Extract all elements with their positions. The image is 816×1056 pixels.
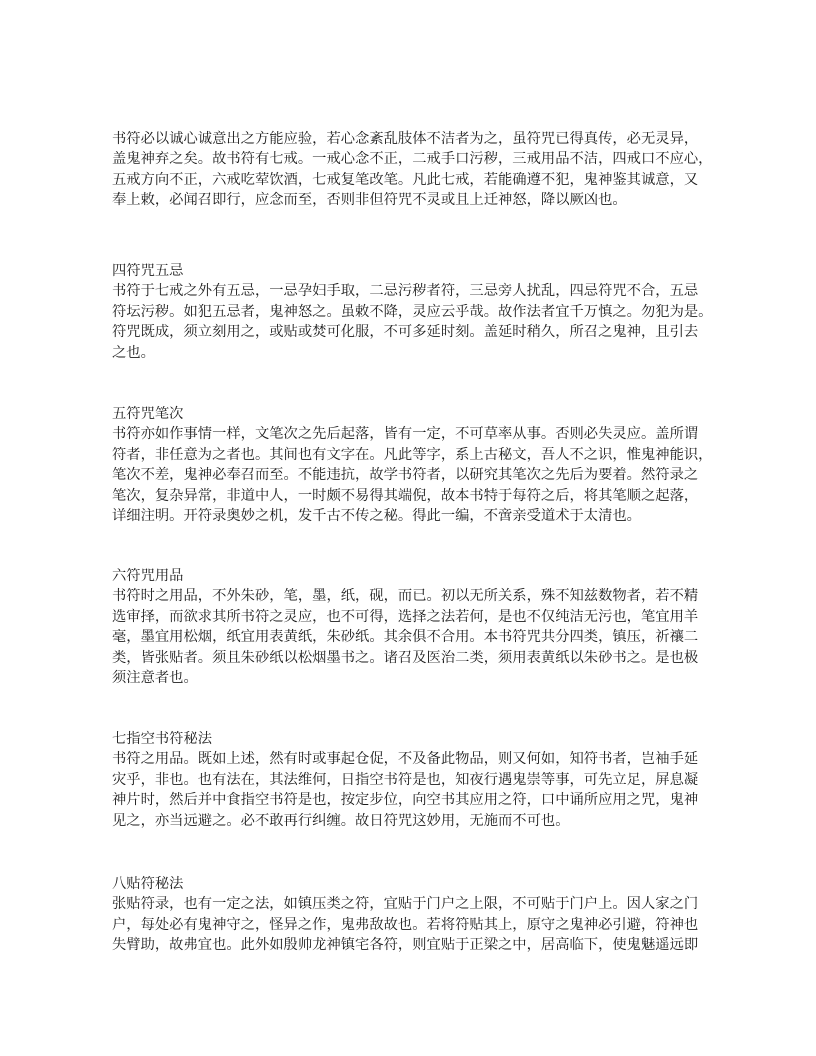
section-4: 七指空书符秘法 书符之用品。既如上述，然有时或事起仓促，不及备此物品，则又何如，… [112, 729, 716, 831]
section-2-body: 书符亦如作事情一样，文笔次之先后起落，皆有一定，不可草率从事。否则必失灵应。盖所… [112, 424, 716, 526]
section-0: 书符必以诚心诚意出之方能应验，若心念紊乱肢体不洁者为之，虽符咒已得真传，必无灵异… [112, 129, 716, 211]
section-5-heading: 八贴符秘法 [112, 874, 716, 894]
section-3-body: 书符时之用品，不外朱砂，笔，墨，纸，砚，而已。初以无所关系，殊不知兹数物者，若不… [112, 586, 716, 688]
document-page: 书符必以诚心诚意出之方能应验，若心念紊乱肢体不洁者为之，虽符咒已得真传，必无灵异… [0, 0, 816, 1056]
section-3: 六符咒用品 书符时之用品，不外朱砂，笔，墨，纸，砚，而已。初以无所关系，殊不知兹… [112, 566, 716, 688]
section-3-heading: 六符咒用品 [112, 566, 716, 586]
section-1: 四符咒五忌 书符于七戒之外有五忌，一忌孕妇手取，二忌污秽者符，三忌旁人扰乱，四忌… [112, 261, 716, 363]
section-1-heading: 四符咒五忌 [112, 261, 716, 281]
section-4-body: 书符之用品。既如上述，然有时或事起仓促，不及备此物品，则又何如，知符书者，岂袖手… [112, 749, 716, 831]
section-2: 五符咒笔次 书符亦如作事情一样，文笔次之先后起落，皆有一定，不可草率从事。否则必… [112, 404, 716, 526]
section-5-body: 张贴符录，也有一定之法，如镇压类之符，宜贴于门户之上限，不可贴于门户上。因人家之… [112, 894, 716, 955]
section-5: 八贴符秘法 张贴符录，也有一定之法，如镇压类之符，宜贴于门户之上限，不可贴于门户… [112, 874, 716, 956]
section-1-body: 书符于七戒之外有五忌，一忌孕妇手取，二忌污秽者符，三忌旁人扰乱，四忌符咒不合，五… [112, 281, 716, 363]
section-0-body: 书符必以诚心诚意出之方能应验，若心念紊乱肢体不洁者为之，虽符咒已得真传，必无灵异… [112, 129, 716, 211]
section-2-heading: 五符咒笔次 [112, 404, 716, 424]
section-4-heading: 七指空书符秘法 [112, 729, 716, 749]
